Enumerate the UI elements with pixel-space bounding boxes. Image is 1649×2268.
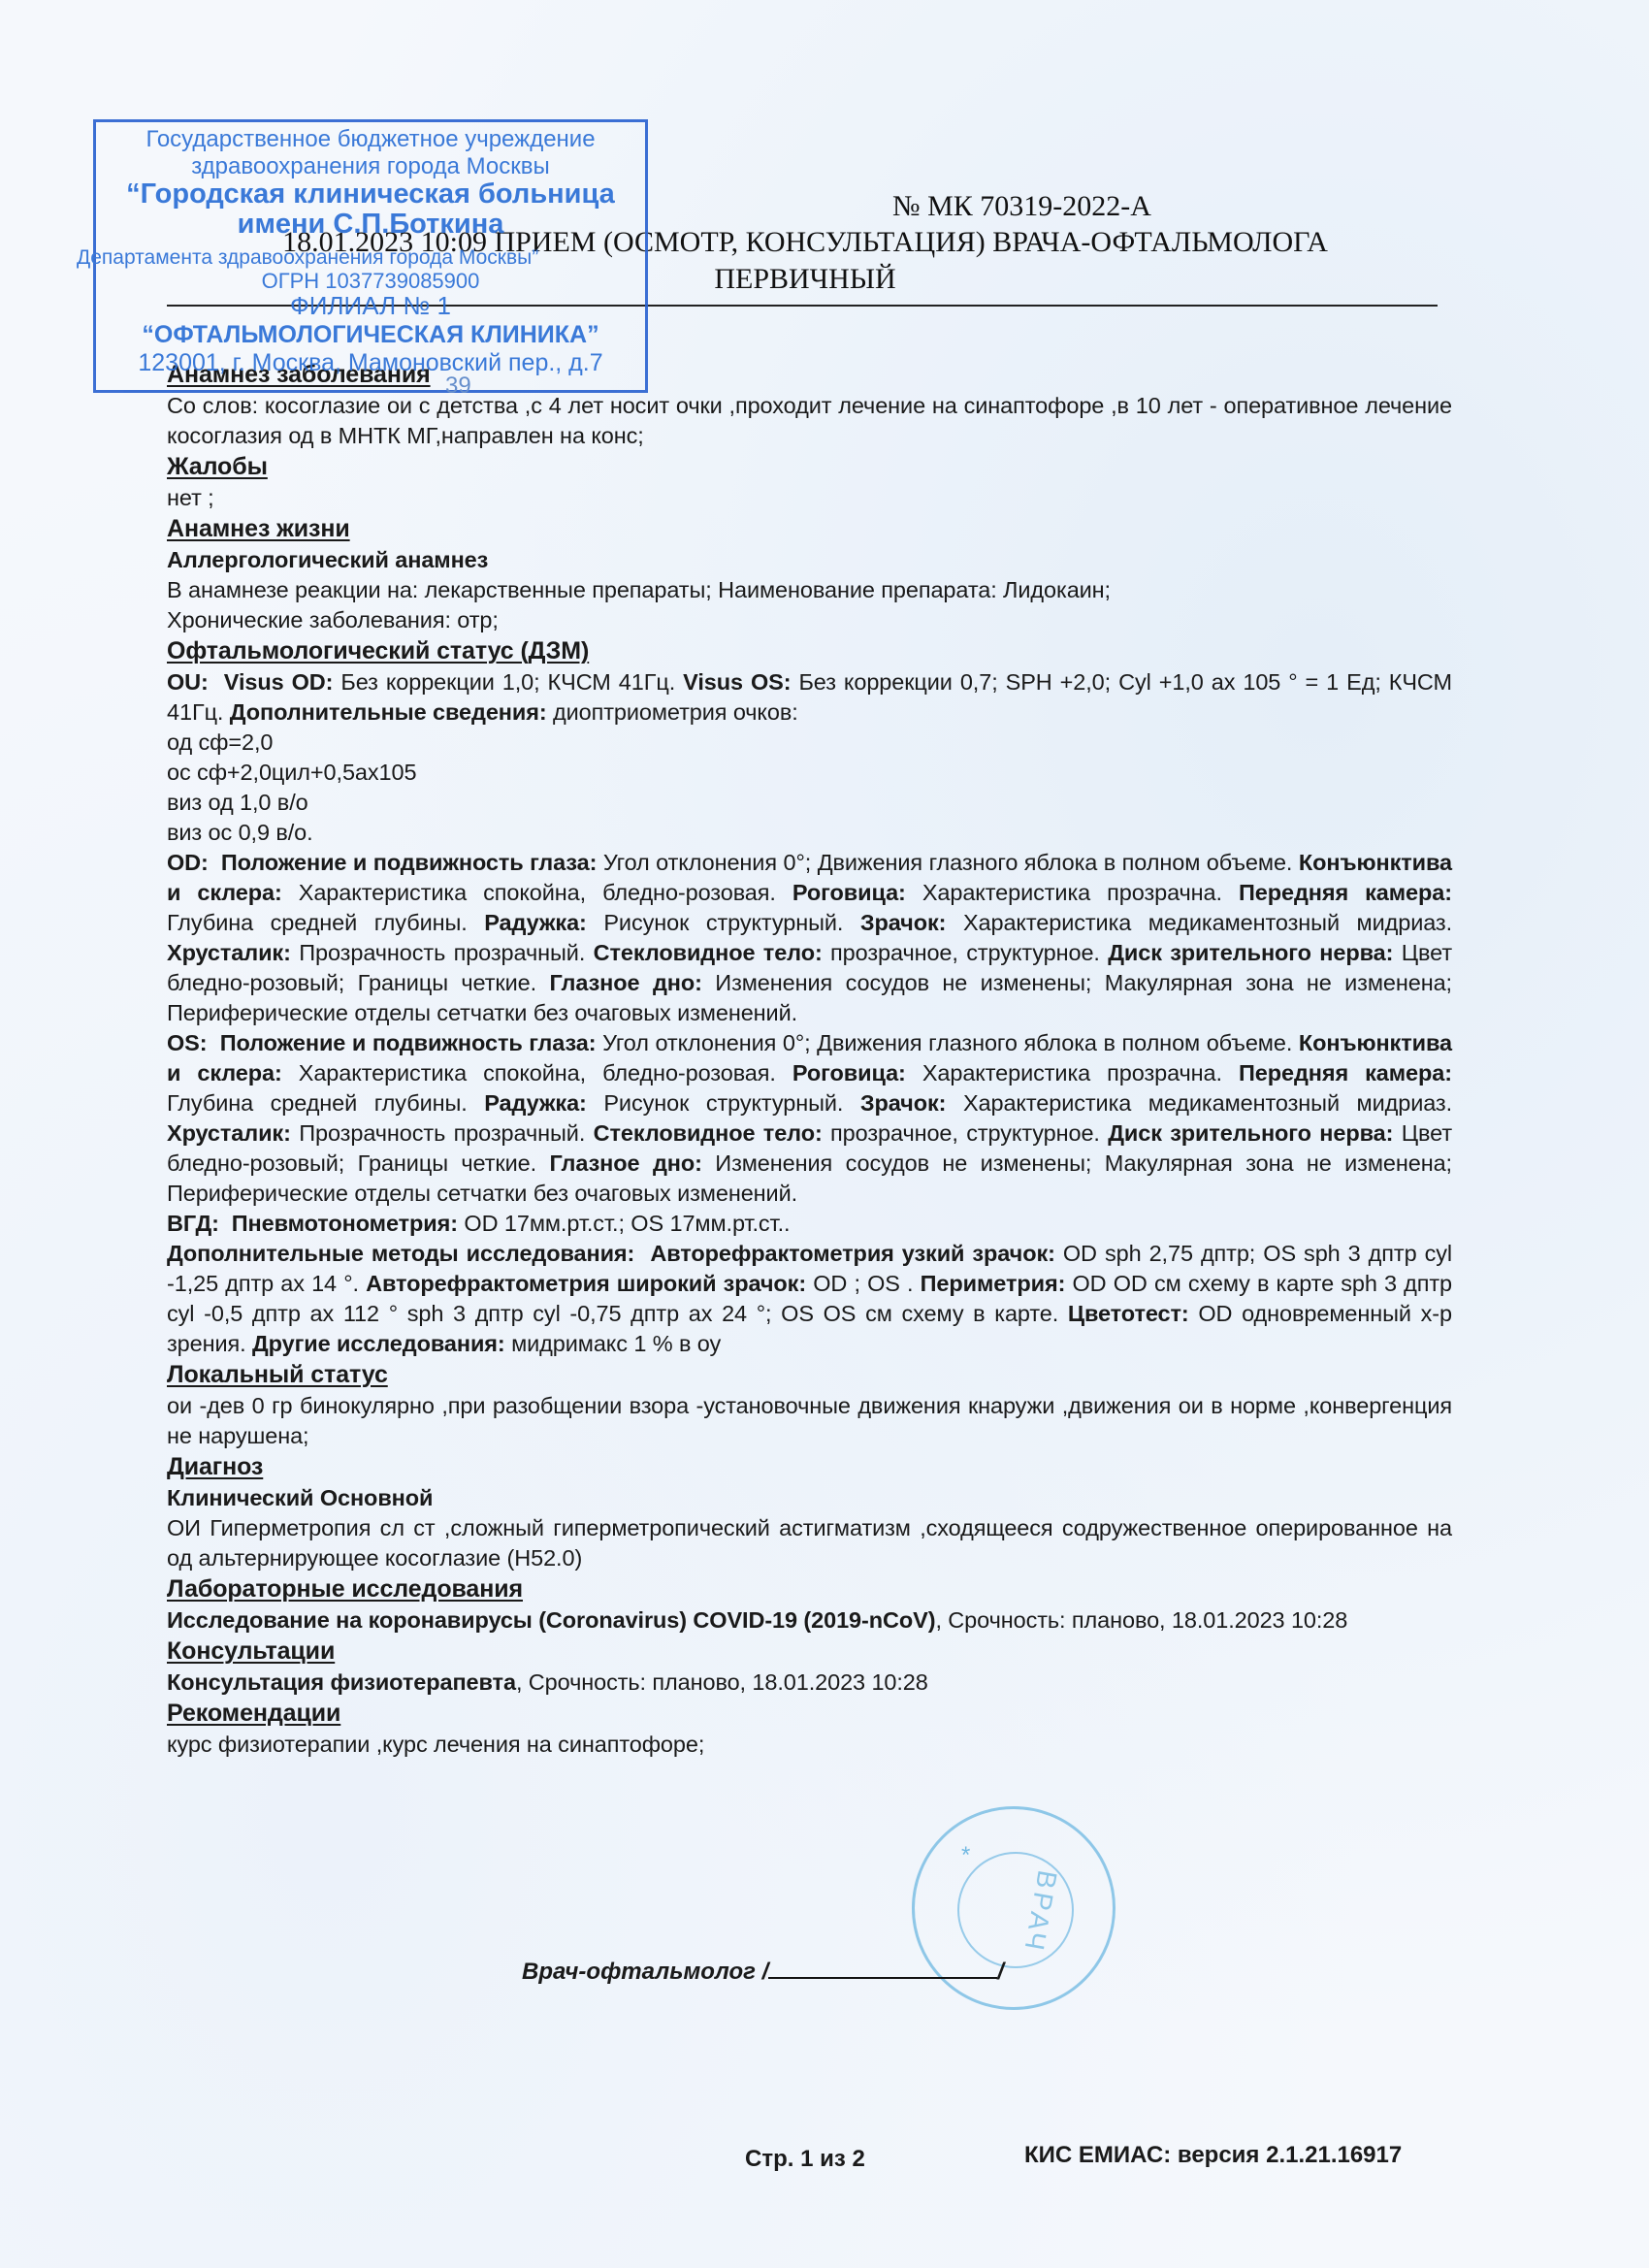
additional-methods-paragraph: Дополнительные методы исследования: Авто… xyxy=(167,1239,1452,1359)
field-label: Положение и подвижность глаза: xyxy=(220,1030,597,1055)
section-heading-recommendations: Рекомендации xyxy=(167,1698,1452,1730)
extra-info-value: диоптриометрия очков: xyxy=(553,699,798,725)
field-label: Передняя камера: xyxy=(1239,880,1452,905)
iop-method-label: Пневмотонометрия: xyxy=(232,1211,458,1236)
diagnosis-text: ОИ Гиперметропия сл ст ,сложный гипермет… xyxy=(167,1513,1452,1573)
section-heading-lab: Лабораторные исследования xyxy=(167,1573,1452,1605)
signature-role: Врач-офтальмолог / xyxy=(522,1959,768,1985)
visus-od-value: Без коррекции 1,0; КЧСМ 41Гц. xyxy=(340,669,675,695)
iop-paragraph: ВГД: Пневмотонометрия: OD 17мм.рт.ст.; O… xyxy=(167,1209,1452,1239)
field-value: Прозрачность прозрачный. xyxy=(299,1120,585,1146)
stamp-line: 39 xyxy=(445,373,645,400)
visus-paragraph: OU: Visus OD: Без коррекции 1,0; КЧСМ 41… xyxy=(167,667,1452,728)
field-label: Радужка: xyxy=(484,1090,587,1116)
field-label: Хрусталик: xyxy=(167,940,291,965)
field-value: Характеристика прозрачна. xyxy=(922,880,1222,905)
field-label: Положение и подвижность глаза: xyxy=(221,850,598,875)
spectacle-line: виз од 1,0 в/о xyxy=(167,788,1452,818)
eye-exam-os: OS: Положение и подвижность глаза: Угол … xyxy=(167,1028,1452,1209)
field-value: Характеристика медикаментозный мидриаз. xyxy=(963,910,1452,935)
section-heading-diagnosis: Диагноз xyxy=(167,1451,1452,1483)
field-label: Глазное дно: xyxy=(549,970,701,995)
ou-label: OU: xyxy=(167,669,209,695)
spectacle-line: ос сф+2,0цил+0,5ах105 xyxy=(167,758,1452,788)
lab-item-name: Исследование на коронавирусы (Coronaviru… xyxy=(167,1607,935,1633)
diagnosis-subheading: Клинический Основной xyxy=(167,1483,1452,1513)
visus-od-label: Visus OD: xyxy=(224,669,334,695)
chronic-diseases-text: Хронические заболевания: отр; xyxy=(167,605,1452,635)
field-label: Радужка: xyxy=(484,910,587,935)
field-value: Прозрачность прозрачный. xyxy=(299,940,585,965)
field-label: Роговица: xyxy=(792,1060,906,1085)
field-label: Передняя камера: xyxy=(1239,1060,1452,1085)
signature-close: / xyxy=(997,1959,1004,1985)
stamp-line: “Городская клиническая больница xyxy=(96,180,645,208)
system-version: КИС ЕМИАС: версия 2.1.21.16917 xyxy=(1024,2142,1402,2169)
field-value: Угол отклонения 0°; Движения глазного яб… xyxy=(603,850,1293,875)
stamp-line: ФИЛИАЛ № 1 xyxy=(96,292,645,319)
autoref-wide-label: Авторефрактометрия широкий зрачок: xyxy=(366,1271,806,1296)
consultation-item-name: Консультация физиотерапевта xyxy=(167,1669,516,1695)
eye-label: OS: xyxy=(167,1030,207,1055)
field-value: прозрачное, структурное. xyxy=(830,940,1100,965)
field-value: Угол отклонения 0°; Движения глазного яб… xyxy=(602,1030,1292,1055)
recommendations-text: курс физиотерапии ,курс лечения на синап… xyxy=(167,1730,1452,1760)
field-value: Характеристика медикаментозный мидриаз. xyxy=(963,1090,1452,1116)
section-heading-consultations: Консультации xyxy=(167,1636,1452,1668)
local-status-text: ои -дев 0 гр бинокулярно ,при разобщении… xyxy=(167,1391,1452,1451)
eye-exam-od: OD: Положение и подвижность глаза: Угол … xyxy=(167,848,1452,1028)
visus-os-label: Visus OS: xyxy=(683,669,791,695)
field-label: Стекловидное тело: xyxy=(594,1120,823,1146)
signature-line: Врач-офтальмолог // xyxy=(522,1956,1004,1986)
stamp-line: Государственное бюджетное учреждение xyxy=(96,126,645,153)
page-number: Стр. 1 из 2 xyxy=(745,2146,865,2173)
extra-info-label: Дополнительные сведения: xyxy=(230,699,547,725)
spectacle-line: од сф=2,0 xyxy=(167,728,1452,758)
section-heading-local-status: Локальный статус xyxy=(167,1359,1452,1391)
stamp-line: имени С.П.Боткина xyxy=(96,211,645,238)
field-label: Диск зрительного нерва: xyxy=(1108,1120,1393,1146)
anamnesis-disease-text: Со слов: косоглазие ои с детства ,с 4 ле… xyxy=(167,391,1452,451)
section-heading-ophthalmic-status: Офтальмологический статус (ДЗМ) xyxy=(167,635,1452,667)
field-label: Стекловидное тело: xyxy=(594,940,823,965)
eye-label: OD: xyxy=(167,850,209,875)
field-label: Зрачок: xyxy=(860,1090,946,1116)
consultation-item-details: , Срочность: планово, 18.01.2023 10:28 xyxy=(516,1669,928,1695)
field-value: Глубина средней глубины. xyxy=(167,910,468,935)
allergy-text: В анамнезе реакции на: лекарственные пре… xyxy=(167,575,1452,605)
other-tests-value: мидримакс 1 % в оу xyxy=(511,1331,721,1356)
other-tests-label: Другие исследования: xyxy=(252,1331,505,1356)
stamp-line: здравоохранения города Москвы xyxy=(96,153,645,180)
consultation-item: Консультация физиотерапевта, Срочность: … xyxy=(167,1668,1452,1698)
allergy-subheading: Аллергологический анамнез xyxy=(167,545,1452,575)
field-value: Рисунок структурный. xyxy=(603,910,843,935)
field-value: Характеристика прозрачна. xyxy=(922,1060,1222,1085)
field-value: Рисунок структурный. xyxy=(603,1090,843,1116)
signature-blank xyxy=(768,1956,997,1979)
field-value: Характеристика спокойна, бледно-розовая. xyxy=(299,880,776,905)
stamp-line: “ОФТАЛЬМОЛОГИЧЕСКАЯ КЛИНИКА” xyxy=(96,321,645,348)
field-label: Глазное дно: xyxy=(549,1150,701,1176)
autoref-wide-value: OD ; OS . xyxy=(813,1271,913,1296)
institution-stamp: Государственное бюджетное учреждение здр… xyxy=(93,119,648,393)
autoref-narrow-label: Авторефрактометрия узкий зрачок: xyxy=(650,1241,1055,1266)
field-label: Хрусталик: xyxy=(167,1120,291,1146)
field-value: Характеристика спокойна, бледно-розовая. xyxy=(299,1060,776,1085)
document-body: Анамнез заболевания Со слов: косоглазие … xyxy=(167,359,1452,1760)
field-value: Глубина средней глубины. xyxy=(167,1090,468,1116)
field-label: Диск зрительного нерва: xyxy=(1108,940,1393,965)
field-label: Зрачок: xyxy=(860,910,946,935)
document-number: № МК 70319-2022-А xyxy=(892,190,1151,223)
lab-item-details: , Срочность: планово, 18.01.2023 10:28 xyxy=(935,1607,1347,1633)
colortest-label: Цветотест: xyxy=(1068,1301,1189,1326)
field-value: прозрачное, структурное. xyxy=(830,1120,1100,1146)
complaints-text: нет ; xyxy=(167,483,1452,513)
field-label: Роговица: xyxy=(792,880,906,905)
section-heading-anamnesis-life: Анамнез жизни xyxy=(167,513,1452,545)
spectacle-line: виз ос 0,9 в/о. xyxy=(167,818,1452,848)
round-seal-text: ВРАЧ xyxy=(1018,1868,1063,1957)
star-icon: * xyxy=(961,1842,970,1869)
iop-value: OD 17мм.рт.ст.; OS 17мм.рт.ст.. xyxy=(464,1211,790,1236)
additional-methods-label: Дополнительные методы исследования: xyxy=(167,1241,634,1266)
perimetry-label: Периметрия: xyxy=(921,1271,1066,1296)
lab-item: Исследование на коронавирусы (Coronaviru… xyxy=(167,1605,1452,1636)
iop-label: ВГД: xyxy=(167,1211,219,1236)
section-heading-complaints: Жалобы xyxy=(167,451,1452,483)
